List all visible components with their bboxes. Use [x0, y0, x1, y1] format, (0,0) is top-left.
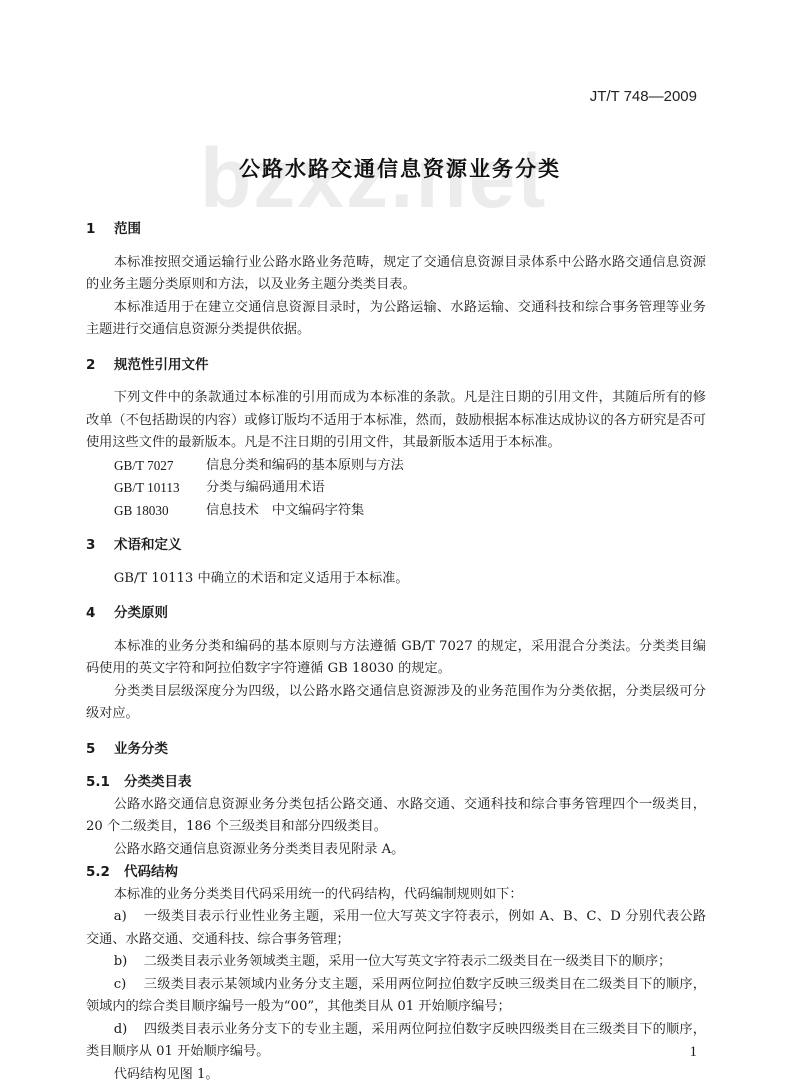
paragraph: 公路水路交通信息资源业务分类包括公路交通、水路交通、交通科技和综合事务管理四个一… — [86, 794, 706, 839]
reference-item: GB/T 10113分类与编码通用术语 — [86, 477, 706, 500]
document-body: 1范围 本标准按照交通运输行业公路水路业务范畴，规定了交通信息资源目录体系中公路… — [86, 218, 706, 1082]
reference-item: GB/T 7027信息分类和编码的基本原则与方法 — [86, 455, 706, 478]
list-item: b)二级类目表示业务领域类主题，采用一位大写英文字符表示二级类目在一级类目下的顺… — [86, 951, 706, 974]
section-number: 3 — [86, 534, 114, 557]
subsection-title: 代码结构 — [124, 864, 178, 880]
subsection-heading-5-1: 5.1分类类目表 — [86, 771, 706, 794]
paragraph: 代码结构见图 1。 — [86, 1064, 706, 1082]
subsection-heading-5-2: 5.2代码结构 — [86, 861, 706, 884]
reference-title: 信息分类和编码的基本原则与方法 — [206, 455, 404, 478]
list-item: d)四级类目表示业务分支下的专业主题，采用两位阿拉伯数字反映四级类目在三级类目下… — [86, 1019, 706, 1064]
standard-code: JT/T 748—2009 — [590, 88, 697, 105]
reference-item: GB 18030信息技术 中文编码字符集 — [86, 500, 706, 523]
section-heading-5: 5业务分类 — [86, 738, 706, 761]
document-title: 公路水路交通信息资源业务分类 — [0, 153, 800, 183]
section-heading-2: 2规范性引用文件 — [86, 354, 706, 377]
paragraph: 本标准的业务分类类目代码采用统一的代码结构，代码编制规则如下： — [86, 884, 706, 907]
reference-title: 信息技术 中文编码字符集 — [206, 500, 364, 523]
paragraph: 本标准适用于在建立交通信息资源目录时，为公路运输、水路运输、交通科技和综合事务管… — [86, 297, 706, 342]
section-heading-1: 1范围 — [86, 218, 706, 241]
paragraph: 下列文件中的条款通过本标准的引用而成为本标准的条款。凡是注日期的引用文件，其随后… — [86, 387, 706, 455]
list-item: a)一级类目表示行业性业务主题，采用一位大写英文字符表示，例如 A、B、C、D … — [86, 906, 706, 951]
list-label: d) — [114, 1019, 144, 1042]
section-heading-3: 3术语和定义 — [86, 534, 706, 557]
paragraph: 分类类目层级深度分为四级，以公路水路交通信息资源涉及的业务范围作为分类依据，分类… — [86, 681, 706, 726]
list-label: c) — [114, 974, 144, 997]
list-label: b) — [114, 951, 144, 974]
reference-code: GB 18030 — [114, 500, 206, 523]
paragraph: 本标准按照交通运输行业公路水路业务范畴，规定了交通信息资源目录体系中公路水路交通… — [86, 252, 706, 297]
section-title: 分类原则 — [114, 605, 168, 621]
section-title: 术语和定义 — [114, 537, 182, 553]
reference-code: GB/T 10113 — [114, 477, 206, 500]
section-number: 1 — [86, 218, 114, 241]
list-text: 四级类目表示业务分支下的专业主题，采用两位阿拉伯数字反映四级类目在三级类目下的顺… — [86, 1022, 706, 1060]
paragraph: GB/T 10113 中确立的术语和定义适用于本标准。 — [86, 568, 706, 591]
subsection-title: 分类类目表 — [124, 774, 192, 790]
list-text: 一级类目表示行业性业务主题，采用一位大写英文字符表示，例如 A、B、C、D 分别… — [86, 909, 706, 947]
section-title: 业务分类 — [114, 741, 168, 757]
section-number: 4 — [86, 602, 114, 625]
list-label: a) — [114, 906, 144, 929]
section-title: 范围 — [114, 221, 141, 237]
page-number: 1 — [690, 1044, 698, 1061]
paragraph: 公路水路交通信息资源业务分类类目表见附录 A。 — [86, 839, 706, 862]
section-number: 2 — [86, 354, 114, 377]
list-item: c)三级类目表示某领域内业务分支主题，采用两位阿拉伯数字反映三级类目在二级类目下… — [86, 974, 706, 1019]
subsection-number: 5.2 — [86, 861, 124, 884]
list-text: 二级类目表示业务领域类主题，采用一位大写英文字符表示二级类目在一级类目下的顺序； — [144, 954, 672, 969]
reference-title: 分类与编码通用术语 — [206, 477, 325, 500]
section-title: 规范性引用文件 — [114, 357, 209, 373]
list-text: 三级类目表示某领域内业务分支主题，采用两位阿拉伯数字反映三级类目在二级类目下的顺… — [86, 977, 706, 1015]
section-number: 5 — [86, 738, 114, 761]
paragraph: 本标准的业务分类和编码的基本原则与方法遵循 GB/T 7027 的规定，采用混合… — [86, 636, 706, 681]
reference-code: GB/T 7027 — [114, 455, 206, 478]
subsection-number: 5.1 — [86, 771, 124, 794]
section-heading-4: 4分类原则 — [86, 602, 706, 625]
